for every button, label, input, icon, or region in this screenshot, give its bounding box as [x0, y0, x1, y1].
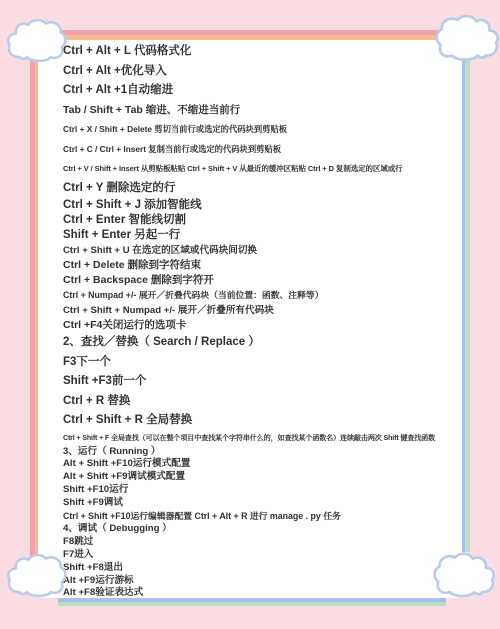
- shortcut-line: Shift + Enter 另起一行: [63, 228, 455, 243]
- shortcut-list: Ctrl + Alt + L 代码格式化Ctrl + Alt +优化导入Ctrl…: [63, 42, 455, 600]
- shortcut-line: Ctrl + Alt +优化导入: [63, 62, 455, 82]
- shortcut-line: Ctrl + Y 删除选定的行: [63, 179, 455, 199]
- cloud-top-left-icon: [6, 16, 68, 66]
- shortcut-line: Shift +F10运行: [63, 484, 455, 497]
- shortcut-line: Ctrl + Enter 智能线切割: [63, 213, 455, 228]
- shortcut-line: Ctrl + Alt +1自动缩进: [63, 81, 455, 101]
- shortcut-line: Alt + Shift +F9调试模式配置: [63, 471, 455, 484]
- shortcut-line: Alt +F9运行游标: [63, 575, 455, 588]
- shortcut-line: Tab / Shift + Tab 缩进、不缩进当前行: [63, 101, 455, 121]
- shortcut-line: Ctrl +F4关闭运行的选项卡: [63, 318, 455, 333]
- cloud-bottom-left-icon: [6, 550, 68, 602]
- shortcut-line: Ctrl + Shift + Numpad +/- 展开／折叠所有代码块: [63, 303, 455, 318]
- shortcut-line: Ctrl + Alt + L 代码格式化: [63, 42, 455, 62]
- shortcut-line: Alt + Shift +F10运行模式配置: [63, 458, 455, 471]
- shortcut-line: Ctrl + C / Ctrl + Insert 复制当前行或选定的代码块到剪贴…: [63, 140, 455, 160]
- shortcut-line: Ctrl + V / Shift + Insert 从剪贴板粘贴 Ctrl + …: [63, 159, 455, 179]
- shortcut-line: 3、运行（ Running ）: [63, 446, 455, 459]
- shortcut-line: Ctrl + Numpad +/- 展开／折叠代码块（当前位置：函数、注释等）: [63, 288, 455, 303]
- shortcut-line: Ctrl + R 替换: [63, 392, 455, 412]
- cloud-bottom-right-icon: [432, 548, 496, 603]
- shortcut-line: Ctrl + Backspace 删除到字符开: [63, 273, 455, 288]
- shortcut-line: Ctrl + Shift + R 全局替换: [63, 411, 455, 431]
- shortcut-line: Ctrl + X / Shift + Delete 剪切当前行或选定的代码块到剪…: [63, 120, 455, 140]
- shortcut-line: Ctrl + Shift + U 在选定的区域或代码块间切换: [63, 243, 455, 258]
- shortcut-line: F7进入: [63, 549, 455, 562]
- shortcut-line: Ctrl + Delete 删除到字符结束: [63, 258, 455, 273]
- shortcut-line: Shift +F8退出: [63, 562, 455, 575]
- shortcut-line: 2、查找／替换（ Search / Replace ）: [63, 333, 455, 353]
- shortcut-line: Ctrl + Shift +F10运行编辑器配置 Ctrl + Alt + R …: [63, 510, 455, 523]
- shortcut-line: F8跳过: [63, 536, 455, 549]
- shortcut-line: Alt +F8验证表达式: [63, 587, 455, 600]
- shortcut-line: Shift +F9调试: [63, 497, 455, 510]
- shortcut-line: Ctrl + Shift + F 全局查找（可以在整个项目中查找某个字符串什么的…: [63, 431, 455, 446]
- shortcut-line: Ctrl + Shift + J 添加智能线: [63, 198, 455, 213]
- shortcut-line: 4、调试（ Debugging ）: [63, 523, 455, 536]
- cloud-top-right-icon: [434, 12, 500, 65]
- shortcut-line: Shift +F3前一个: [63, 372, 455, 392]
- shortcut-line: F3下一个: [63, 353, 455, 373]
